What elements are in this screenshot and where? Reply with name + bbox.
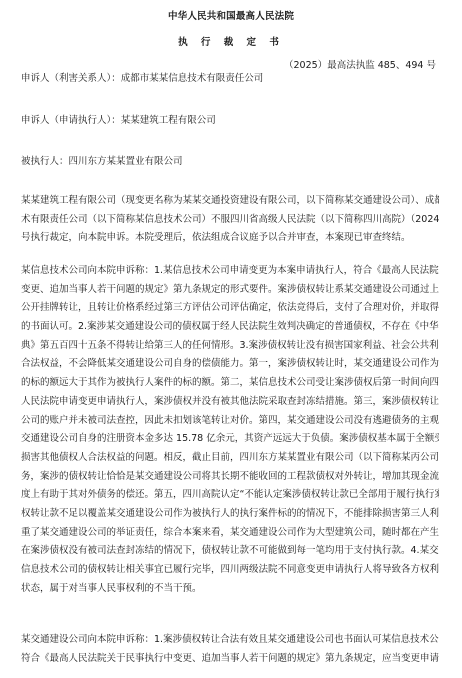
text-line: 重了某交通建设公司的举证责任，综合本案来看，某交通建设公司作为大型建筑公司，随时… <box>21 524 439 543</box>
text-line: 的标的额远大于其作为被执行人案件的标的额。第二，某信息技术公司受让案涉债权后第一… <box>21 374 439 393</box>
document-title: 执 行 裁 定 书 <box>0 34 462 48</box>
party-name: 成都市某某信息技术有限责任公司 <box>121 73 264 84</box>
paragraph-info-tech-claims: 某信息技术公司向本院申诉称：1.某信息技术公司申请变更为本案申请执行人，符合《最… <box>21 262 439 598</box>
text-line: 信息技术公司的债权转让相关事宜已履行完毕，四川两级法院不同意变更申请执行人将导致… <box>21 561 439 580</box>
party-role: 申诉人（申请执行人）： <box>21 115 121 126</box>
text-line: 公开挂牌转让，且转让价格系经过第三方评估公司评估确定，依法竞得后，支付了合理对价… <box>21 299 439 318</box>
party-role: 申诉人（利害关系人）： <box>21 73 121 84</box>
text-line: 术有限责任公司（以下简称某信息技术公司）不服四川省高级人民法院（以下简称四川高院… <box>21 211 439 230</box>
party-respondent: 被执行人：四川东方某某置业有限公司 <box>21 153 183 167</box>
text-line: 损害其他债权人合法权益的问题。相反，截止目前，四川东方某某置业有限公司（以下简称… <box>21 449 439 468</box>
court-name: 中华人民共和国最高人民法院 <box>0 8 462 22</box>
text-line: 典》第五百四十五条不得转让给第三人的任何情形。3.案涉债权转让没有损害国家利益、… <box>21 337 439 356</box>
party-appellant-interested: 申诉人（利害关系人）：成都市某某信息技术有限责任公司 <box>21 70 263 84</box>
text-line: 公司的账户并未被司法查控，因此未扣划该笔转让对价。第四，某交通建设公司没有逃避债… <box>21 412 439 431</box>
text-line: 度上有助于其对外债务的偿还。第五，四川高院认定“不能认定案涉债权转让款已全部用于… <box>21 486 439 505</box>
text-line: 务，案涉的债权转让恰恰是某交通建设公司将其长期不能收回的工程款债权对外转让，增加… <box>21 468 439 487</box>
text-line: 的书面认可。2.案涉某交通建设公司的债权属于经人民法院生效判决确定的普通债权，不… <box>21 318 439 337</box>
text-line: 在案涉债权没有被司法查封冻结的情况下，债权转让款不可能做到每一笔均用于支付执行款… <box>21 542 439 561</box>
text-line: 某交通建设公司向本院申诉称：1.案涉债权转让合法有效且某交通建设公司也书面认可某… <box>21 631 439 650</box>
party-appellant-applicant: 申诉人（申请执行人）：某某建筑工程有限公司 <box>21 112 216 126</box>
paragraph-transport-claims: 某交通建设公司向本院申诉称：1.案涉债权转让合法有效且某交通建设公司也书面认可某… <box>21 631 439 668</box>
case-number: （2025）最高法执监 485、494 号 <box>284 57 436 71</box>
text-line: 某信息技术公司向本院申诉称：1.某信息技术公司申请变更为本案申请执行人，符合《最… <box>21 262 439 281</box>
text-line: 某某建筑工程有限公司（现变更名称为某某交通投资建设有限公司，以下简称某交通建设公… <box>21 192 439 211</box>
party-name: 某某建筑工程有限公司 <box>121 115 216 126</box>
text-line: 交通建设公司自身的注册资本金多达 15.78 亿余元，其资产远远大于负债。案涉债… <box>21 430 439 449</box>
judgment-document: 中华人民共和国最高人民法院 执 行 裁 定 书 （2025）最高法执监 485、… <box>0 0 462 678</box>
party-name: 四川东方某某置业有限公司 <box>69 156 183 167</box>
text-line: 符合《最高人民法院关于民事执行中变更、追加当事人若干问题的规定》第九条规定，应当… <box>21 650 439 669</box>
text-line: 人民法院申请变更申请执行人，案涉债权并没有被其他法院采取查封冻结措施。第三，案涉… <box>21 393 439 412</box>
text-line: 号执行裁定，向本院申诉。本院受理后，依法组成合议庭予以合并审查，本案现已审查终结… <box>21 229 439 248</box>
text-line: 权转让款不足以覆盖某交通建设公司作为被执行人的执行案件标的的情况下，不能排除损害… <box>21 505 439 524</box>
paragraph-case-summary: 某某建筑工程有限公司（现变更名称为某某交通投资建设有限公司，以下简称某交通建设公… <box>21 192 439 248</box>
text-line: 合法权益，不会降低某交通建设公司自身的偿债能力。第一，案涉债权转让时，某交通建设… <box>21 355 439 374</box>
text-line: 状态，属于对当事人民事权利的不当干预。 <box>21 580 439 599</box>
text-line: 变更、追加当事人若干问题的规定》第九条规定的形式要件。案涉债权转让系某交通建设公… <box>21 281 439 300</box>
party-role: 被执行人： <box>21 156 69 167</box>
